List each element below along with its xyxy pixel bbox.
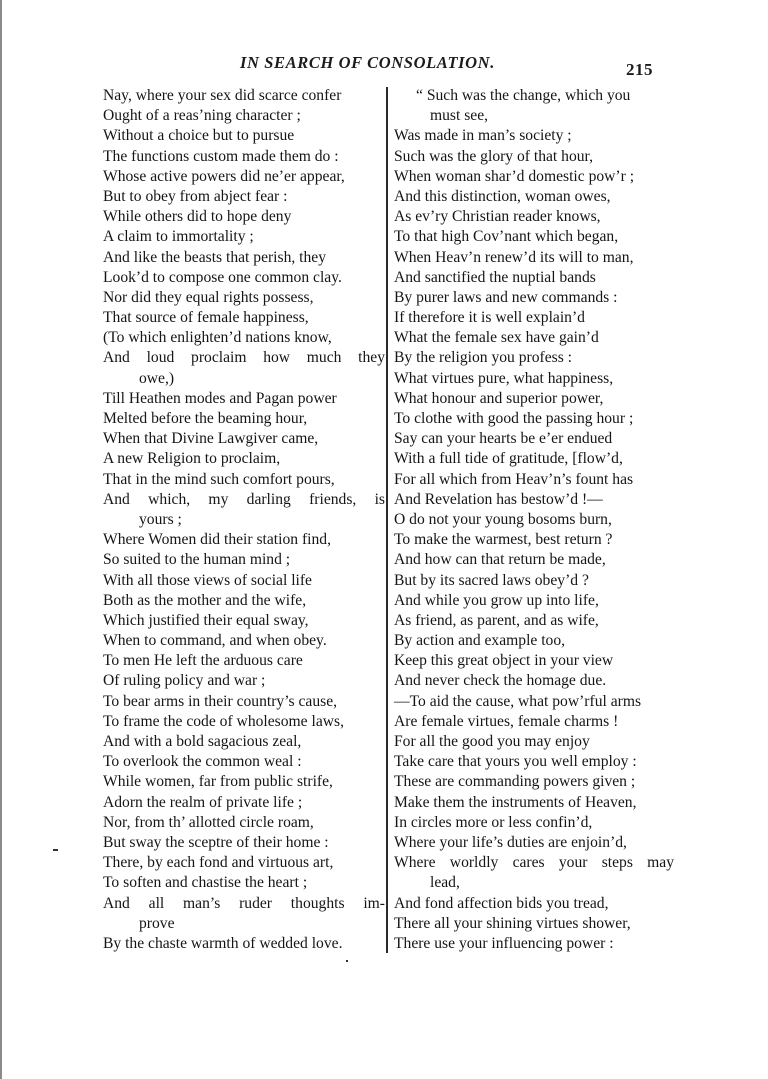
verse-line: By action and example too, xyxy=(394,631,674,651)
verse-line: Whose active powers did ne’er appear, xyxy=(103,167,385,187)
verse-line: And all man’s ruder thoughts im- xyxy=(103,894,385,914)
verse-line: What honour and superior power, xyxy=(394,389,674,409)
verse-line: Say can your hearts be e’er endued xyxy=(394,429,674,449)
verse-line: Such was the glory of that hour, xyxy=(394,147,674,167)
verse-line: And Revelation has bestow’d !— xyxy=(394,490,674,510)
verse-line: When that Divine Lawgiver came, xyxy=(103,429,385,449)
verse-line: With a full tide of gratitude, [flow’d, xyxy=(394,449,674,469)
verse-line: The functions custom made them do : xyxy=(103,147,385,167)
verse-line: That in the mind such comfort pours, xyxy=(103,470,385,490)
verse-line: Nor did they equal rights possess, xyxy=(103,288,385,308)
verse-line: (To which enlighten’d nations know, xyxy=(103,328,385,348)
page-number: 215 xyxy=(626,60,653,80)
verse-line: Adorn the realm of private life ; xyxy=(103,793,385,813)
verse-line: Where your life’s duties are enjoin’d, xyxy=(394,833,674,853)
verse-line: But by its sacred laws obey’d ? xyxy=(394,571,674,591)
verse-line: And while you grow up into life, xyxy=(394,591,674,611)
verse-line: By the chaste warmth of wedded love. xyxy=(103,934,385,954)
scan-speck xyxy=(53,849,58,851)
verse-line: owe,) xyxy=(103,369,385,389)
verse-line: —To aid the cause, what pow’rful arms xyxy=(394,692,674,712)
verse-line: And loud proclaim how much they xyxy=(103,348,385,368)
verse-line: A new Religion to proclaim, xyxy=(103,449,385,469)
verse-line: Without a choice but to pursue xyxy=(103,126,385,146)
scan-edge xyxy=(0,0,2,1079)
verse-line: To bear arms in their country’s cause, xyxy=(103,692,385,712)
verse-line: Where Women did their station find, xyxy=(103,530,385,550)
verse-line: While women, far from public strife, xyxy=(103,772,385,792)
verse-line: Are female virtues, female charms ! xyxy=(394,712,674,732)
verse-line: And fond affection bids you tread, xyxy=(394,894,674,914)
verse-line: To overlook the common weal : xyxy=(103,752,385,772)
verse-line: If therefore it is well explain’d xyxy=(394,308,674,328)
verse-line: That source of female happiness, xyxy=(103,308,385,328)
verse-line: These are commanding powers given ; xyxy=(394,772,674,792)
verse-line: prove xyxy=(103,914,385,934)
verse-line: Ought of a reas’ning character ; xyxy=(103,106,385,126)
verse-line: To men He left the arduous care xyxy=(103,651,385,671)
verse-line: But to obey from abject fear : xyxy=(103,187,385,207)
verse-line: And never check the homage due. xyxy=(394,671,674,691)
verse-line: What the female sex have gain’d xyxy=(394,328,674,348)
verse-line: There use your influencing power : xyxy=(394,934,674,954)
verse-line: Keep this great object in your view xyxy=(394,651,674,671)
verse-line: Melted before the beaming hour, xyxy=(103,409,385,429)
verse-line: What virtues pure, what happiness, xyxy=(394,369,674,389)
scan-speck xyxy=(346,960,348,962)
verse-line: And how can that return be made, xyxy=(394,550,674,570)
verse-line: Of ruling policy and war ; xyxy=(103,671,385,691)
verse-line: Take care that yours you well employ : xyxy=(394,752,674,772)
verse-line: As ev’ry Christian reader knows, xyxy=(394,207,674,227)
verse-line: Was made in man’s society ; xyxy=(394,126,674,146)
verse-line: O do not your young bosoms burn, xyxy=(394,510,674,530)
verse-line: Nay, where your sex did scarce confer xyxy=(103,86,385,106)
verse-line: But sway the sceptre of their home : xyxy=(103,833,385,853)
verse-line: By purer laws and new commands : xyxy=(394,288,674,308)
verse-line: As friend, as parent, and as wife, xyxy=(394,611,674,631)
verse-line: When Heav’n renew’d its will to man, xyxy=(394,248,674,268)
verse-line: A claim to immortality ; xyxy=(103,227,385,247)
verse-line: By the religion you profess : xyxy=(394,348,674,368)
verse-line: When woman shar’d domestic pow’r ; xyxy=(394,167,674,187)
verse-line: yours ; xyxy=(103,510,385,530)
verse-line: To clothe with good the passing hour ; xyxy=(394,409,674,429)
verse-line: Which justified their equal sway, xyxy=(103,611,385,631)
running-head: IN SEARCH OF CONSOLATION. xyxy=(240,53,495,73)
verse-line: So suited to the human mind ; xyxy=(103,550,385,570)
verse-line: Nor, from th’ allotted circle roam, xyxy=(103,813,385,833)
verse-line: must see, xyxy=(394,106,674,126)
right-verse-column: “ Such was the change, which youmust see… xyxy=(394,86,674,954)
verse-line: To that high Cov’nant which began, xyxy=(394,227,674,247)
verse-line: To make the warmest, best return ? xyxy=(394,530,674,550)
verse-line: Look’d to compose one common clay. xyxy=(103,268,385,288)
verse-line: “ Such was the change, which you xyxy=(394,86,674,106)
verse-line: While others did to hope deny xyxy=(103,207,385,227)
verse-line: Till Heathen modes and Pagan power xyxy=(103,389,385,409)
verse-line: And this distinction, woman owes, xyxy=(394,187,674,207)
verse-line: Where worldly cares your steps may xyxy=(394,853,674,873)
verse-line: To soften and chastise the heart ; xyxy=(103,873,385,893)
verse-line: When to command, and when obey. xyxy=(103,631,385,651)
verse-line: There all your shining virtues shower, xyxy=(394,914,674,934)
verse-line: And with a bold sagacious zeal, xyxy=(103,732,385,752)
verse-line: And sanctified the nuptial bands xyxy=(394,268,674,288)
left-verse-column: Nay, where your sex did scarce conferOug… xyxy=(103,86,385,954)
verse-line: lead, xyxy=(394,873,674,893)
verse-line: In circles more or less confin’d, xyxy=(394,813,674,833)
verse-line: For all which from Heav’n’s fount has xyxy=(394,470,674,490)
verse-line: There, by each fond and virtuous art, xyxy=(103,853,385,873)
verse-line: For all the good you may enjoy xyxy=(394,732,674,752)
column-divider xyxy=(386,87,388,953)
verse-line: With all those views of social life xyxy=(103,571,385,591)
verse-line: Both as the mother and the wife, xyxy=(103,591,385,611)
verse-line: To frame the code of wholesome laws, xyxy=(103,712,385,732)
verse-line: Make them the instruments of Heaven, xyxy=(394,793,674,813)
verse-line: And which, my darling friends, is xyxy=(103,490,385,510)
verse-line: And like the beasts that perish, they xyxy=(103,248,385,268)
